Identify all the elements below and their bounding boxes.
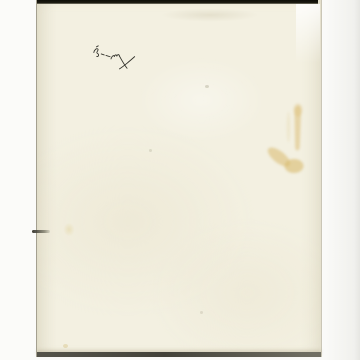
scribble-tick	[96, 46, 98, 47]
scanner-background-right	[322, 0, 360, 360]
stain-streak-thin	[287, 112, 290, 142]
paper-speck	[149, 149, 152, 152]
paper-highlight-top-right	[296, 4, 320, 70]
handwritten-scribble	[88, 43, 138, 75]
paper-bottom-edge	[37, 352, 321, 357]
scanned-photo-back	[0, 0, 360, 360]
scribble-dash-1	[101, 54, 104, 55]
paper-speck	[205, 85, 209, 88]
paper-speck	[63, 344, 68, 348]
dark-dash-mark	[32, 230, 50, 233]
paper-smudge-top	[145, 6, 275, 24]
scribble-tail-up	[119, 56, 134, 70]
scribble-dash-2	[106, 55, 110, 56]
paper-speck	[200, 311, 203, 314]
faint-round-stain	[61, 220, 77, 239]
stain-join-blob	[285, 159, 304, 173]
paper-top-edge	[37, 0, 318, 4]
stain-top-halo	[294, 104, 303, 117]
tan-stain	[263, 100, 317, 182]
scribble-humps	[111, 54, 119, 59]
scribble-loop	[94, 48, 99, 56]
paper-sheet	[36, 0, 322, 357]
scribble-strokes	[93, 46, 135, 70]
stain-blobs	[265, 104, 304, 174]
